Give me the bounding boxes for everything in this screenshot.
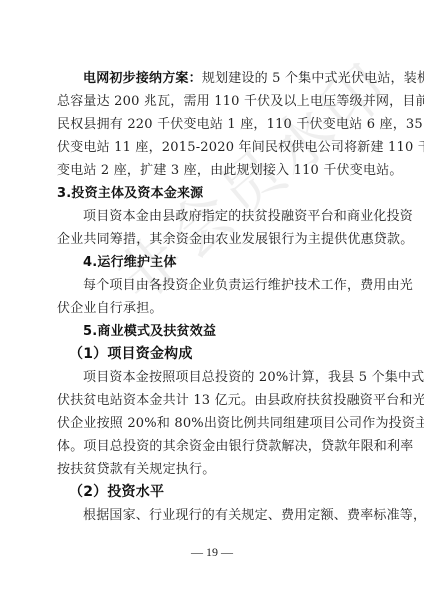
paragraph-line: 项目资本金由县政府指定的扶贫投融资平台和商业化投资 (57, 205, 367, 228)
page-number: — 19 — (0, 545, 424, 560)
section-heading-3: 3.投资主体及资本金来源 (57, 182, 367, 205)
paragraph-line: 体。项目总投资的其余资金由银行贷款解决，贷款年限和利率 (57, 435, 367, 458)
page-content: 电网初步接纳方案：规划建设的 5 个集中式光伏电站，装机 总容量达 200 兆瓦… (57, 67, 367, 527)
paragraph-line: 根据国家、行业现行的有关规定、费用定额、费率标准等， (57, 504, 367, 527)
grid-plan-label: 电网初步接纳方案： (83, 71, 202, 86)
paragraph-line: 伏扶贫电站资本金共计 13 亿元。由县政府扶贫投融资平台和光 (57, 389, 367, 412)
paragraph-line: 伏变电站 11 座，2015-2020 年间民权供电公司将新建 110 千伏 (57, 136, 367, 159)
section-heading-4: 4.运行维护主体 (57, 251, 367, 274)
subsection-heading-1: （1）项目资金构成 (57, 343, 367, 366)
section-heading-5: 5.商业模式及扶贫效益 (57, 320, 367, 343)
paragraph-line: 项目资本金按照项目总投资的 20%计算，我县 5 个集中式光 (57, 366, 367, 389)
paragraph-line: 总容量达 200 兆瓦，需用 110 千伏及以上电压等级并网，目前 (57, 90, 367, 113)
paragraph-line: 每个项目由各投资企业负责运行维护技术工作，费用由光 (57, 274, 367, 297)
document-page: 非会员水印 电网初步接纳方案：规划建设的 5 个集中式光伏电站，装机 总容量达 … (0, 0, 424, 600)
paragraph-line: 民权县拥有 220 千伏变电站 1 座，110 千伏变电站 6 座，35 千 (57, 113, 367, 136)
paragraph-line: 伏企业自行承担。 (57, 297, 367, 320)
paragraph-line: 按扶贫贷款有关规定执行。 (57, 458, 367, 481)
text-span: 规划建设的 5 个集中式光伏电站，装机 (202, 71, 424, 86)
paragraph-line: 变电站 2 座，扩建 3 座，由此规划接入 110 千伏变电站。 (57, 159, 367, 182)
paragraph-grid-plan-line: 电网初步接纳方案：规划建设的 5 个集中式光伏电站，装机 (57, 67, 367, 90)
paragraph-line: 企业共同筹措，其余资金由农业发展银行为主提供优惠贷款。 (57, 228, 367, 251)
subsection-heading-2: （2）投资水平 (57, 481, 367, 504)
paragraph-line: 伏企业按照 20%和 80%出资比例共同组建项目公司作为投资主 (57, 412, 367, 435)
